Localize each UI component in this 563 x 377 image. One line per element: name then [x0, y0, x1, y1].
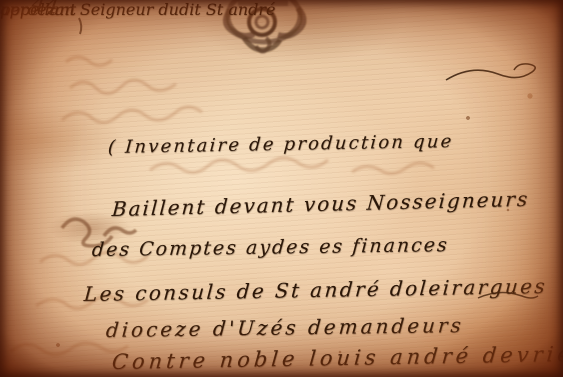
manuscript-page: 44 ( Inventaire de production que Baille… [0, 0, 563, 377]
manuscript-line: des Comptes aydes es finances [91, 234, 449, 261]
manuscript-line: dioceze d'Uzés demandeurs [105, 313, 465, 342]
manuscript-line: appellant [0, 0, 76, 19]
manuscript-line: Les consuls de St andré doleirargues [83, 274, 548, 306]
ink-mark [79, 18, 81, 34]
manuscript-line: ( Inventaire de production que [107, 131, 454, 158]
manuscript-line: Baillent devant vous Nosseigneurs [111, 187, 530, 221]
manuscript-line: Contre noble louis andré devries de [111, 341, 563, 374]
pen-flourish [446, 64, 535, 80]
